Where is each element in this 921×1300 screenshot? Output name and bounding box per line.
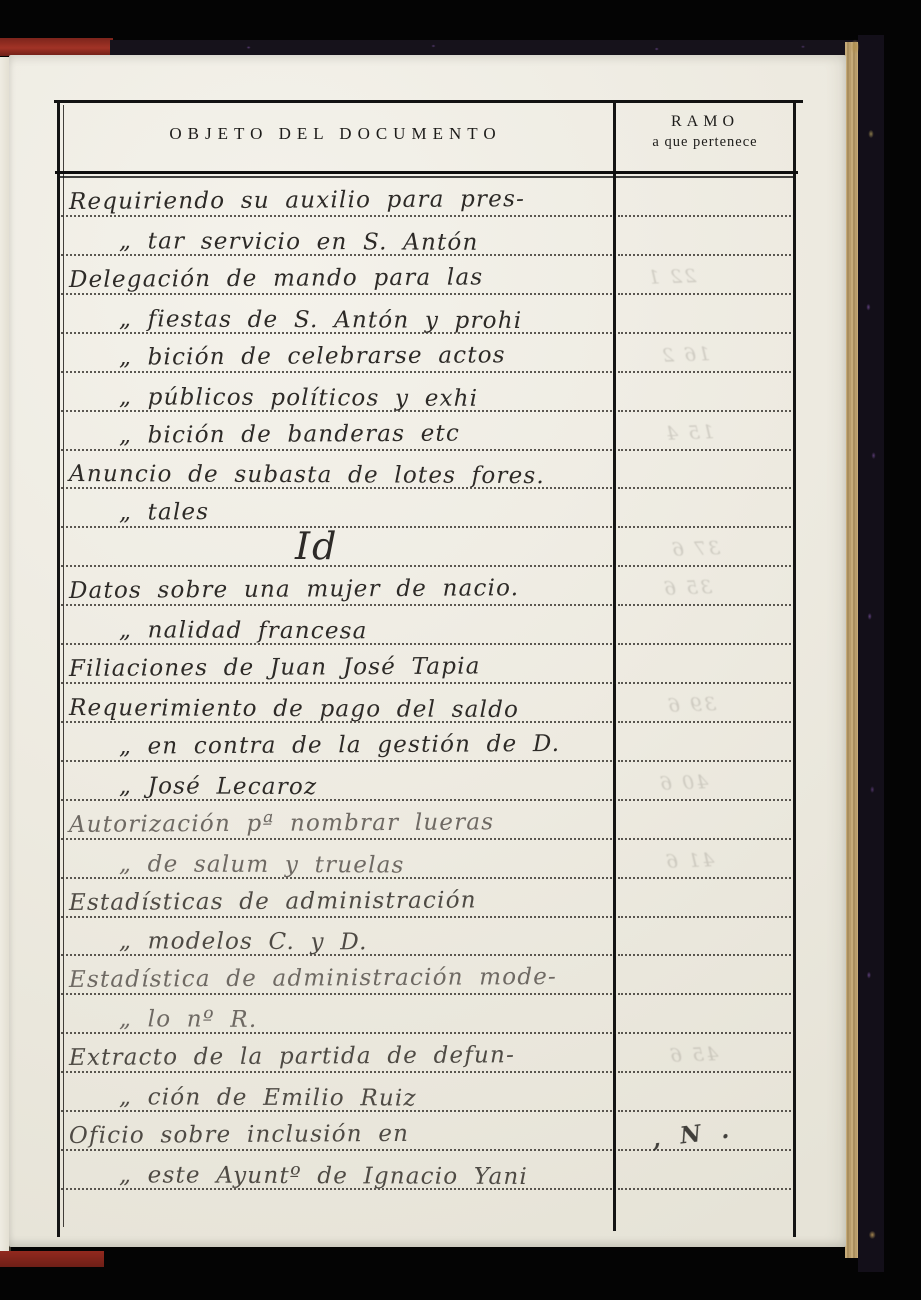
entry-row: „ modelos C. y D. bbox=[61, 915, 612, 956]
entry-text: „ tar servicio en S. Antón bbox=[61, 230, 479, 256]
page-block-edge-right bbox=[845, 42, 858, 1258]
entry-row: „ en contra de la gestión de D. bbox=[61, 721, 612, 762]
entry-row: „ tar servicio en S. Antón bbox=[61, 215, 612, 256]
entry-row: „ de salum y truelas bbox=[61, 838, 612, 879]
ramo-column-header: RAMO a que pertenece bbox=[616, 113, 794, 151]
entry-row: Delegación de mando para las bbox=[61, 254, 612, 295]
ramo-row bbox=[618, 215, 791, 256]
entry-text: Autorización pª nombrar lueras bbox=[61, 811, 494, 838]
objeto-column: Requiriendo su auxilio para pres-„ tar s… bbox=[61, 176, 612, 1192]
show-through-mark: 16 2 bbox=[660, 343, 711, 367]
entry-text: „ públicos políticos y exhi bbox=[61, 386, 478, 412]
cover-marbled-edge-top bbox=[110, 40, 880, 55]
table-border-left bbox=[57, 101, 60, 1237]
entry-row: Datos sobre una mujer de nacio. bbox=[61, 565, 612, 606]
cover-marbled-edge-right bbox=[858, 35, 884, 1272]
objeto-column-header: OBJETO DEL DOCUMENTO bbox=[57, 124, 614, 144]
header-rule bbox=[55, 171, 798, 174]
show-through-mark: 45 6 bbox=[668, 1043, 719, 1067]
entry-text: „ de salum y truelas bbox=[61, 853, 405, 878]
entry-row: „ bición de celebrarse actos bbox=[61, 332, 612, 373]
entry-text: Delegación de mando para las bbox=[61, 266, 484, 293]
table-column-divider bbox=[613, 100, 616, 1231]
show-through-mark: 15 4 bbox=[664, 421, 715, 445]
show-through-mark: 40 6 bbox=[658, 771, 709, 795]
ramo-row bbox=[618, 954, 791, 995]
entry-text: Extracto de la partida de defun- bbox=[61, 1044, 515, 1071]
register-page: OBJETO DEL DOCUMENTO RAMO a que pertenec… bbox=[9, 55, 846, 1247]
entry-row: Requerimiento de pago del saldo bbox=[61, 682, 612, 723]
entry-text: Anuncio de subasta de lotes fores. bbox=[61, 463, 545, 489]
entry-row: Filiaciones de Juan José Tapia bbox=[61, 643, 612, 684]
entry-row: „ fiestas de S. Antón y prohi bbox=[61, 293, 612, 334]
entry-text: „ en contra de la gestión de D. bbox=[61, 733, 560, 760]
entry-text: „ tales bbox=[61, 501, 210, 526]
entry-text: Filiaciones de Juan José Tapia bbox=[61, 655, 481, 682]
entry-text: „ bición de celebrarse actos bbox=[61, 344, 506, 371]
entry-row: Extracto de la partida de defun- bbox=[61, 1032, 612, 1073]
entry-row: „ ción de Emilio Ruiz bbox=[61, 1071, 612, 1112]
entry-row: „ nalidad francesa bbox=[61, 604, 612, 645]
entry-text: „ lo nº R. bbox=[61, 1008, 257, 1033]
ramo-row bbox=[618, 1149, 791, 1190]
entry-row: „ públicos políticos y exhi bbox=[61, 371, 612, 412]
entry-text: Estadísticas de administración bbox=[61, 889, 477, 916]
ramo-row bbox=[618, 915, 791, 956]
ramo-row bbox=[618, 799, 791, 840]
entry-text: „ nalidad francesa bbox=[61, 619, 368, 644]
entry-row: Id bbox=[61, 526, 612, 567]
entry-text: Id bbox=[295, 527, 379, 565]
entry-text: „ ción de Emilio Ruiz bbox=[61, 1086, 417, 1112]
entry-row: „ bición de banderas etc bbox=[61, 410, 612, 451]
show-through-mark: 41 6 bbox=[664, 849, 715, 873]
ramo-row bbox=[618, 254, 791, 295]
ramo-header-line2: a que pertenece bbox=[616, 134, 794, 151]
ramo-header-line1: RAMO bbox=[616, 113, 794, 131]
ramo-row bbox=[618, 604, 791, 645]
entry-row: Oficio sobre inclusión en bbox=[61, 1110, 612, 1151]
table-border-top bbox=[54, 100, 803, 103]
entry-text: Requiriendo su auxilio para pres- bbox=[61, 188, 525, 215]
cover-corner-wear bbox=[848, 38, 862, 68]
entry-text: „ fiestas de S. Antón y prohi bbox=[61, 308, 522, 334]
ramo-row bbox=[618, 1071, 791, 1112]
entry-text: Oficio sobre inclusión en bbox=[61, 1123, 409, 1149]
entry-row: „ lo nº R. bbox=[61, 993, 612, 1034]
entry-text: Datos sobre una mujer de nacio. bbox=[61, 577, 519, 604]
show-through-mark: 37 6 bbox=[670, 537, 721, 561]
entry-row: Autorización pª nombrar lueras bbox=[61, 799, 612, 840]
register-table: OBJETO DEL DOCUMENTO RAMO a que pertenec… bbox=[57, 100, 796, 1237]
show-through-mark: 39 6 bbox=[666, 693, 717, 717]
entry-text: „ modelos C. y D. bbox=[61, 930, 368, 955]
spine-red-edge-top bbox=[0, 38, 113, 56]
ramo-row bbox=[618, 643, 791, 684]
entry-row: „ este Ayuntº de Ignacio Yani bbox=[61, 1149, 612, 1190]
entry-row: „ tales bbox=[61, 487, 612, 528]
show-through-mark: 22 1 bbox=[646, 265, 697, 289]
show-through-mark: 35 6 bbox=[662, 576, 713, 600]
entry-text: „ este Ayuntº de Ignacio Yani bbox=[61, 1164, 528, 1190]
ramo-column: 22 116 215 437 635 639 640 641 645 6, N … bbox=[618, 176, 791, 1192]
ramo-row bbox=[618, 176, 791, 217]
entry-text: „ bición de banderas etc bbox=[61, 422, 460, 448]
ramo-row bbox=[618, 293, 791, 334]
entry-row: Estadísticas de administración bbox=[61, 877, 612, 918]
ramo-row bbox=[618, 371, 791, 412]
ramo-row bbox=[618, 993, 791, 1034]
spine-red-edge-bottom bbox=[0, 1251, 104, 1267]
ramo-row bbox=[618, 721, 791, 762]
entry-text: Requerimiento de pago del saldo bbox=[61, 697, 519, 723]
entry-row: „ José Lecaroz bbox=[61, 760, 612, 801]
entry-row: Estadística de administración mode- bbox=[61, 954, 612, 995]
book-photo: OBJETO DEL DOCUMENTO RAMO a que pertenec… bbox=[0, 0, 921, 1300]
ramo-row bbox=[618, 877, 791, 918]
table-border-right bbox=[793, 103, 796, 1237]
entry-text: „ José Lecaroz bbox=[61, 775, 317, 800]
entry-row: Requiriendo su auxilio para pres- bbox=[61, 176, 612, 217]
ramo-row bbox=[618, 448, 791, 489]
entry-text: Estadística de administración mode- bbox=[61, 966, 557, 993]
ramo-row bbox=[618, 487, 791, 528]
entry-row: Anuncio de subasta de lotes fores. bbox=[61, 448, 612, 489]
